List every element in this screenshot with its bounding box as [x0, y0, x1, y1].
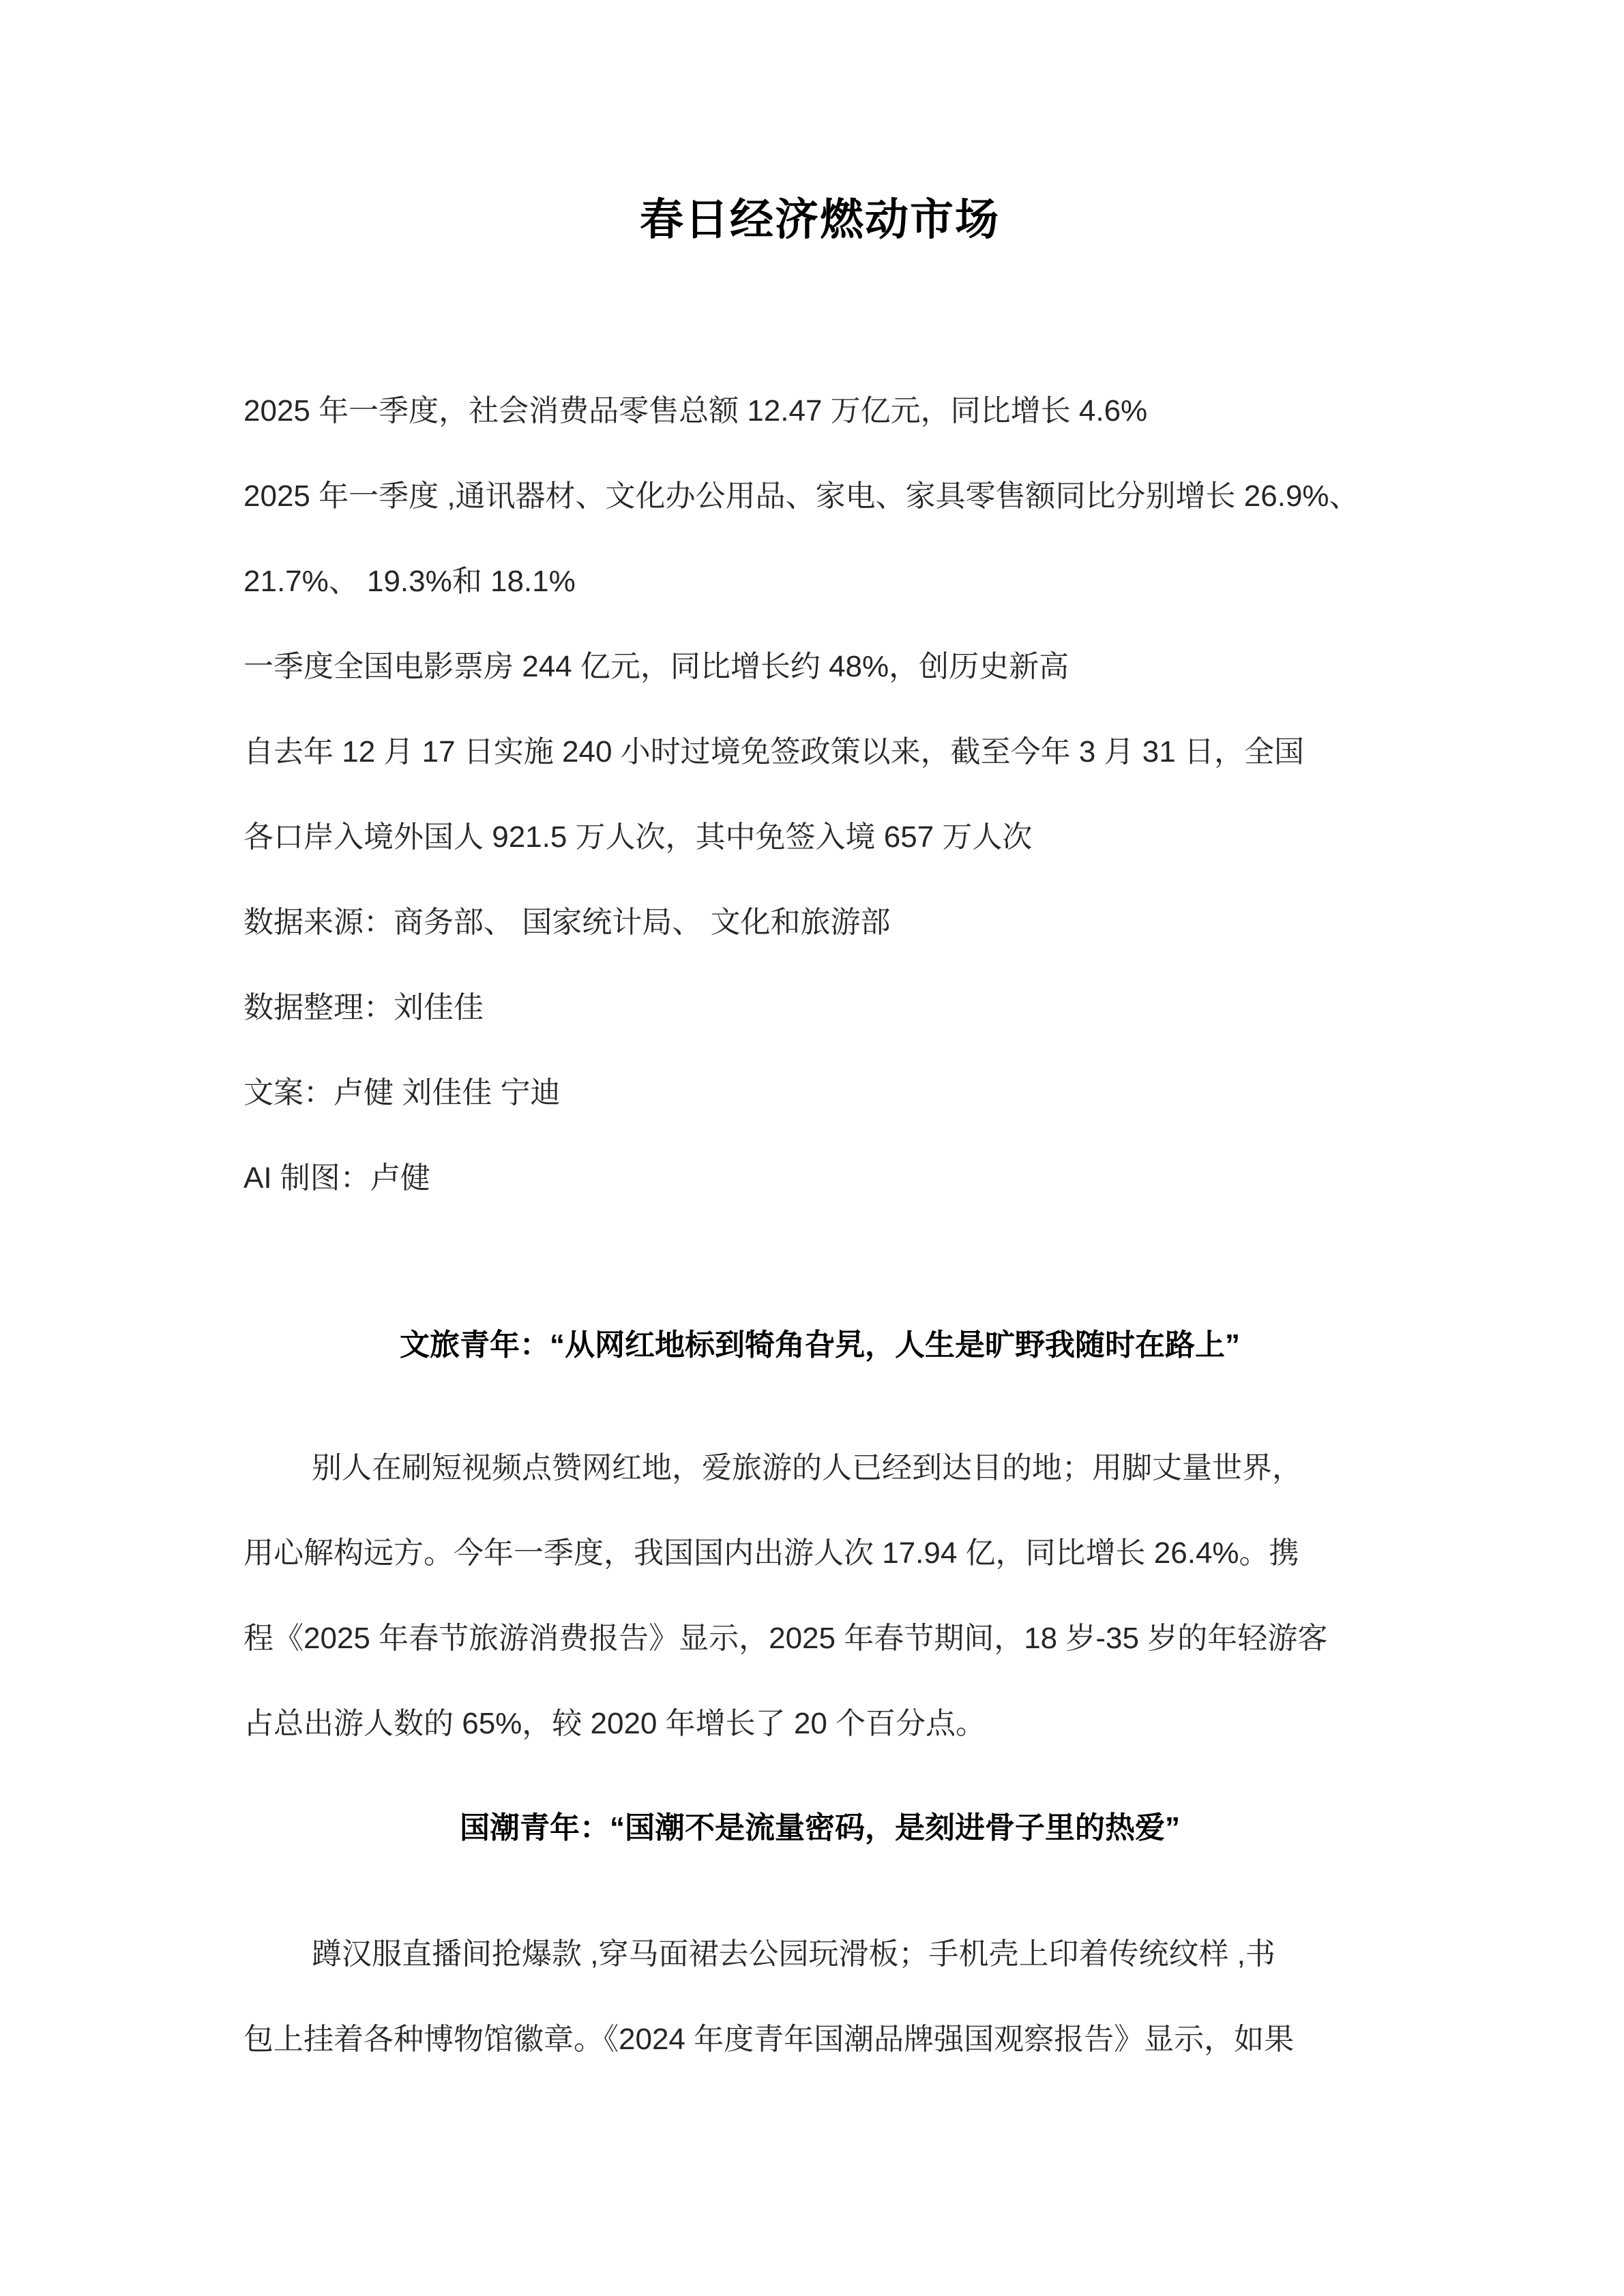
- page-title: 春日经济燃动市场: [243, 190, 1396, 251]
- paragraph-line: 包上挂着各种博物馆徽章。《2024 年度青年国潮品牌强国观察报告》显示，如果: [243, 1997, 1396, 2082]
- intro-line-1: 2025 年一季度，社会消费品零售总额 12.47 万亿元，同比增长 4.6%: [243, 368, 1396, 453]
- intro-block: 2025 年一季度，社会消费品零售总额 12.47 万亿元，同比增长 4.6% …: [243, 368, 1396, 1221]
- paragraph-line: 占总出游人数的 65%，较 2020 年增长了 20 个百分点。: [243, 1681, 1396, 1766]
- ai-illustrator-line: AI 制图：卢健: [243, 1135, 1396, 1221]
- intro-line-6: 各口岸入境外国人 921.5 万人次，其中免签入境 657 万人次: [243, 794, 1396, 880]
- intro-line-4: 一季度全国电影票房 244 亿元，同比增长约 48%，创历史新高: [243, 624, 1396, 709]
- paragraph-line: 别人在刷短视频点赞网红地，爱旅游的人已经到达目的地；用脚丈量世界，: [243, 1425, 1396, 1510]
- intro-line-3: 21.7%、 19.3%和 18.1%: [243, 539, 1396, 624]
- data-source-line: 数据来源：商务部、 国家统计局、 文化和旅游部: [243, 880, 1396, 965]
- paragraph-line: 用心解构远方。今年一季度，我国国内出游人次 17.94 亿，同比增长 26.4%…: [243, 1510, 1396, 1596]
- paragraph-line: 蹲汉服直播间抢爆款 ,穿马面裙去公园玩滑板；手机壳上印着传统纹样 ,书: [243, 1911, 1396, 1997]
- paragraph-line: 程《2025 年春节旅游消费报告》显示，2025 年春节期间，18 岁-35 岁…: [243, 1596, 1396, 1681]
- section-heading: 国潮青年：“国潮不是流量密码，是刻进骨子里的热爱”: [243, 1785, 1396, 1870]
- intro-line-5: 自去年 12 月 17 日实施 240 小时过境免签政策以来，截至今年 3 月 …: [243, 709, 1396, 794]
- section-guochao-youth: 国潮青年：“国潮不是流量密码，是刻进骨子里的热爱” 蹲汉服直播间抢爆款 ,穿马面…: [243, 1785, 1396, 2082]
- intro-line-2: 2025 年一季度 ,通讯器材、文化办公用品、家电、家具零售额同比分别增长 26…: [243, 453, 1396, 539]
- section-paragraph: 别人在刷短视频点赞网红地，爱旅游的人已经到达目的地；用脚丈量世界， 用心解构远方…: [243, 1425, 1396, 1766]
- document-page: 春日经济燃动市场 2025 年一季度，社会消费品零售总额 12.47 万亿元，同…: [0, 0, 1624, 2296]
- section-travel-youth: 文旅青年：“从网红地标到犄角旮旯，人生是旷野我随时在路上” 别人在刷短视频点赞网…: [243, 1302, 1396, 1766]
- copywriter-line: 文案：卢健 刘佳佳 宁迪: [243, 1050, 1396, 1135]
- section-paragraph: 蹲汉服直播间抢爆款 ,穿马面裙去公园玩滑板；手机壳上印着传统纹样 ,书 包上挂着…: [243, 1911, 1396, 2082]
- section-heading: 文旅青年：“从网红地标到犄角旮旯，人生是旷野我随时在路上”: [243, 1302, 1396, 1388]
- data-compiler-line: 数据整理：刘佳佳: [243, 965, 1396, 1050]
